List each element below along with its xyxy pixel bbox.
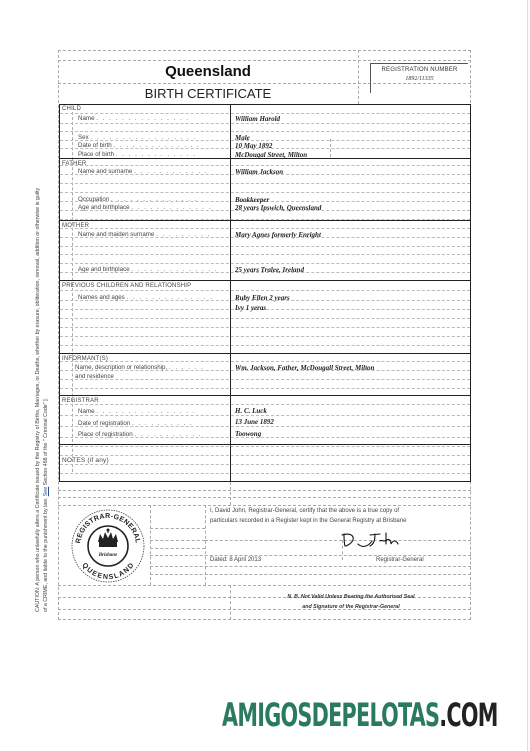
rule-line xyxy=(60,263,470,264)
rule-line xyxy=(60,327,470,328)
rule-line xyxy=(60,345,470,346)
rule-line xyxy=(60,336,470,337)
rule-line xyxy=(60,361,470,362)
registration-date-label: Date of registration . . . . . . . . . . xyxy=(78,420,193,427)
rule-line xyxy=(60,228,470,229)
section-registrar: REGISTRAR xyxy=(62,398,99,404)
section-divider xyxy=(59,280,471,281)
rule-line xyxy=(60,455,470,456)
validity-note: N. B. Not Valid Unless Bearing the Autho… xyxy=(236,592,466,612)
section-notes: NOTES (if any) xyxy=(62,457,109,464)
see-link[interactable]: See xyxy=(43,487,49,496)
child-sex-label: Sex . . . . . . . . . . . . . . . . . xyxy=(78,134,197,141)
certification-statement: I, David John, Registrar-General, certif… xyxy=(210,507,410,526)
mother-name-value: Mary Agnes formerly Enright xyxy=(235,231,321,239)
registration-label: REGISTRATION NUMBER xyxy=(371,67,468,73)
signer-title: Registrar-General xyxy=(376,557,424,563)
rule-line xyxy=(60,113,470,114)
rule-line xyxy=(60,254,470,255)
rule-line xyxy=(60,404,470,405)
rule-line xyxy=(60,473,470,474)
rule-line xyxy=(60,388,470,389)
rule-line xyxy=(60,131,470,132)
father-age-label: Age and birthplace . . . . . . . . . . .… xyxy=(78,204,212,211)
rule-line xyxy=(60,446,470,447)
child-dob-label: Date of birth . . . . . . . . . . . . . … xyxy=(78,142,200,149)
registrar-name-value: H. C. Luck xyxy=(235,407,267,415)
section-mother: MOTHER xyxy=(62,223,89,229)
registrar-name-label: Name . . . . . . . . . . . . . . . . xyxy=(78,408,196,415)
rule-line xyxy=(330,139,331,157)
rule-line xyxy=(60,464,470,465)
registration-number-box: REGISTRATION NUMBER 1892/11335 xyxy=(370,63,468,93)
caution-text-end: Section 468 of the " Criminal Code" ]. xyxy=(43,398,49,485)
child-pob-label: Place of birth . . . . . . . . . . . . . xyxy=(78,151,196,158)
father-name-value: William Jackson xyxy=(235,168,283,176)
signature-icon xyxy=(340,531,410,549)
registration-place-label: Place of registration . . . . . . . . . … xyxy=(78,431,202,438)
child-name-label: Name . . . . . . . . . . . . . . . xyxy=(78,115,190,122)
mother-name-label: Name and maiden surname . . . . . . . . … xyxy=(78,231,211,238)
informant-value: Wm. Jackson, Father, McDougall Street, M… xyxy=(235,364,374,372)
registration-place-value: Toowong xyxy=(235,430,261,438)
dated-text: Dated: 8 April 2013 xyxy=(210,557,261,563)
child-sex-value: Male xyxy=(235,134,250,142)
registration-date-value: 13 June 1892 xyxy=(235,418,274,426)
section-divider xyxy=(59,395,471,396)
section-father: FATHER xyxy=(62,161,86,167)
page-title: Queensland xyxy=(58,63,358,80)
rule-line xyxy=(60,415,470,416)
validity-note-line2: and Signature of the Registrar-General xyxy=(236,602,466,612)
section-previous-children: PREVIOUS CHILDREN AND RELATIONSHIP xyxy=(62,283,191,289)
father-name-label: Name and surname . . . . . . . . . . . . xyxy=(78,168,208,175)
watermark-dark-text: .COM xyxy=(439,696,497,734)
page-edge xyxy=(527,0,528,751)
father-occupation-label: Occupation . . . . . . . . . . . . . . xyxy=(78,196,198,203)
previous-children-label: Names and ages . . . . . . . . . . . . .… xyxy=(78,294,213,301)
validity-note-line1: N. B. Not Valid Unless Bearing the Autho… xyxy=(236,592,466,602)
watermark-green-text: AMIGOSDEPELOTAS xyxy=(222,696,439,734)
rule-line xyxy=(60,123,470,124)
registration-number: 1892/11335 xyxy=(371,76,468,82)
child-pob-value: McDougal Street, Milton xyxy=(235,151,307,159)
rule-line xyxy=(60,192,470,193)
watermark-brand: AMIGOSDEPELOTAS.COM xyxy=(222,696,498,734)
mother-age-value: 25 years Tralee, Ireland xyxy=(235,266,304,274)
section-child: CHILD xyxy=(62,106,81,112)
rule-line xyxy=(60,379,470,380)
rule-line xyxy=(60,183,470,184)
section-informant: INFORMANT(S) xyxy=(62,356,108,362)
previous-child-1: Ruby Ellen 2 years xyxy=(235,294,290,302)
mother-age-label: Age and birthplace . . . . . . . . . . .… xyxy=(78,266,218,273)
rule-line xyxy=(60,290,470,291)
child-dob-value: 10 May 1892 xyxy=(235,142,272,150)
child-name-value: William Harold xyxy=(235,115,280,123)
informant-label-line1: Name, description or relationship, . . .… xyxy=(75,364,204,371)
rule-line xyxy=(60,165,470,166)
certificate-page: CAUTION: A person who unlawfully alters … xyxy=(0,0,530,751)
svg-text:QUEENSLAND: QUEENSLAND xyxy=(80,562,135,581)
rule-line xyxy=(60,246,470,247)
father-occupation-value: Bookkeeper xyxy=(235,196,269,204)
father-age-value: 28 years Ipswich, Queensland xyxy=(235,204,321,212)
caution-notice: CAUTION: A person who unlawfully alters … xyxy=(34,182,50,612)
section-divider xyxy=(59,220,471,221)
section-divider xyxy=(59,444,471,445)
rule-line xyxy=(60,318,470,319)
previous-child-2: Ivy 1 yeras xyxy=(235,304,266,312)
informant-label-line2: and residence xyxy=(75,373,114,380)
registrar-general-seal-icon: REGISTRAR-GENERAL QUEENSLAND Brisbane xyxy=(70,508,146,584)
document-type: BIRTH CERTIFICATE xyxy=(58,86,358,101)
svg-text:Brisbane: Brisbane xyxy=(98,553,118,558)
section-divider xyxy=(59,353,471,354)
